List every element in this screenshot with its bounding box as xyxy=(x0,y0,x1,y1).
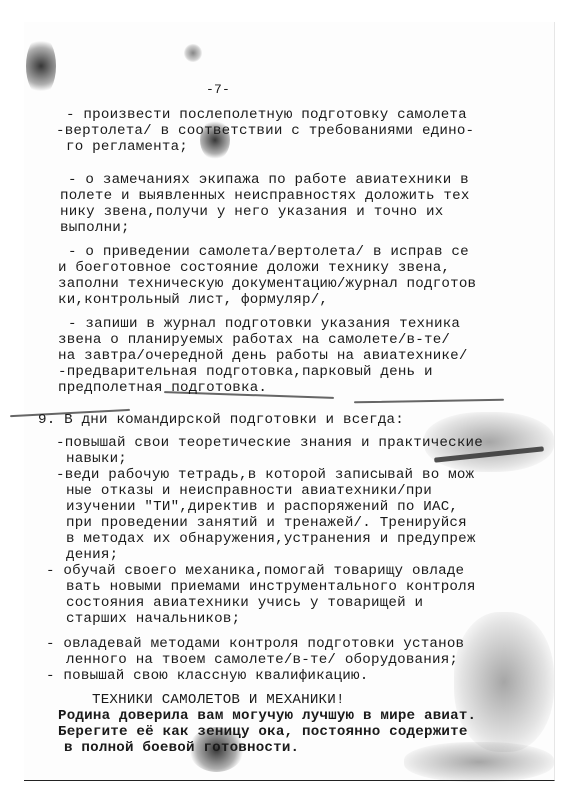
text-line: -предварительная подготовка,парковый ден… xyxy=(58,364,433,380)
text-line: в полной боевой готовности. xyxy=(64,740,299,756)
text-line: ки,контрольный лист, формуляр/, xyxy=(58,292,328,308)
text-line: и боеготовное состояние доложи технику з… xyxy=(58,260,450,276)
text-line: - запиши в журнал подготовки указания те… xyxy=(68,316,460,332)
text-line: заполни техническую документацию/журнал … xyxy=(58,276,476,292)
text-line: на завтра/очередной день работы на авиат… xyxy=(58,348,468,364)
text-line: старших начальников; xyxy=(66,611,240,627)
text-line: - произвести послеполетную подготовку са… xyxy=(66,107,467,123)
text-line: полете и выявленных неисправностях долож… xyxy=(60,188,470,204)
text-line: выполни; xyxy=(60,220,130,236)
text-line: предполетная подготовка. xyxy=(58,380,267,396)
text-line: ленного на твоем самолете/в-те/ оборудов… xyxy=(66,652,458,668)
stain xyxy=(454,612,554,752)
text-line: навыки; xyxy=(66,451,127,467)
text-line: го регламента; xyxy=(66,139,188,155)
appeal-heading: ТЕХНИКИ САМОЛЕТОВ И МЕХАНИКИ! xyxy=(92,692,345,708)
text-line: -вертолета/ в соответствии с требованиям… xyxy=(56,123,474,139)
page-number: -7- xyxy=(206,82,230,98)
text-line: - повышай свою классную квалификацию. xyxy=(46,668,368,684)
text-line: - обучай своего механика,помогай товарищ… xyxy=(46,563,464,579)
text-line: Родина доверила вам могучую лучшую в мир… xyxy=(58,708,476,724)
text-line: - овладевай методами контроля подготовки… xyxy=(46,636,464,652)
ink-smudge xyxy=(184,44,202,62)
text-line: в методах их обнаружения,устранения и пр… xyxy=(66,531,476,547)
text-line: -веди рабочую тетрадь,в которой записыва… xyxy=(56,467,474,483)
document-body: -7- - произвести послеполетную подготовк… xyxy=(24,22,59,774)
text-line: дения; xyxy=(66,547,118,563)
text-line: Берегите её как зеницу ока, постоянно со… xyxy=(58,724,468,740)
text-line: нику звена,получи у него указания и точн… xyxy=(60,204,443,220)
text-line: изучении "ТИ",директив и распоряжений по… xyxy=(66,499,458,515)
text-line: вать новыми приемами инструментального к… xyxy=(66,579,476,595)
document-page: -7- - произвести послеполетную подготовк… xyxy=(24,22,555,781)
text-line: звена о планируемых работах на самолете/… xyxy=(58,332,450,348)
text-line: при проведении занятий и тренажей/. Трен… xyxy=(66,515,467,531)
text-line: ные отказы и неисправности авиатехники/п… xyxy=(66,483,432,499)
text-line: - о замечаниях экипажа по работе авиатех… xyxy=(68,172,469,188)
stain xyxy=(404,742,554,782)
section-heading: 9. В дни командирской подготовки и всегд… xyxy=(38,412,404,428)
text-line: -повышай свои теоретические знания и пра… xyxy=(56,435,483,451)
paper-crease xyxy=(354,399,504,404)
text-line: - о приведении самолета/вертолета/ в исп… xyxy=(68,244,469,260)
text-line: состояния авиатехники учись у товарищей … xyxy=(66,595,423,611)
